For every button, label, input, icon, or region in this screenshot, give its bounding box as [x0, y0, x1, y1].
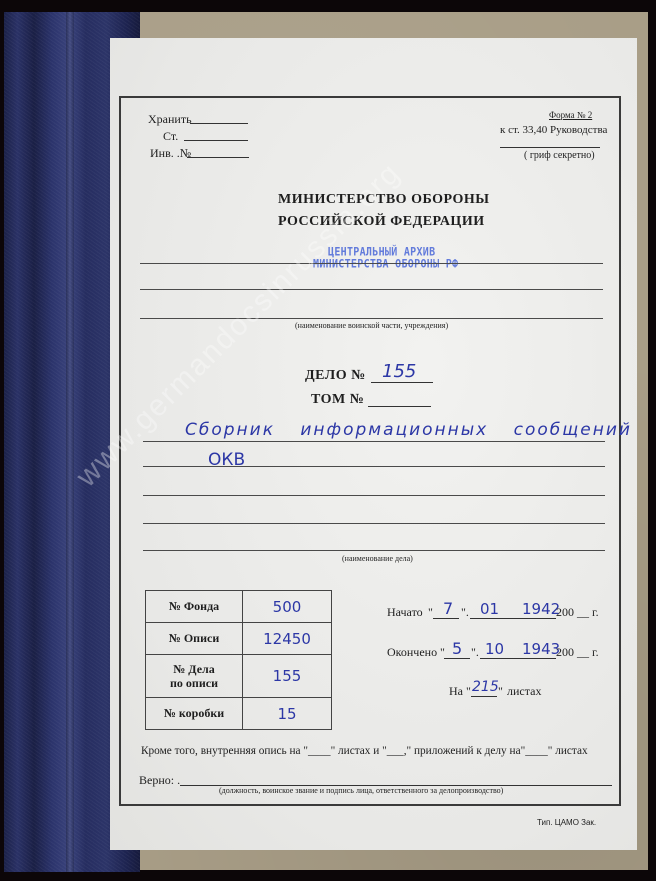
printer-imprint: Тип. ЦАМО Зак. [537, 818, 596, 827]
secrecy-caption: ( гриф секретно) [524, 150, 595, 161]
case-title-caption: (наименование дела) [342, 554, 413, 563]
box-label: № коробки [146, 698, 243, 730]
archive-index-table: № Фонда 500 № Описи 12450 № Дела по опис… [145, 590, 332, 730]
table-row: № Описи 12450 [146, 623, 332, 655]
sheets-field [471, 696, 497, 697]
opis-value: 12450 [243, 623, 332, 655]
certified-caption: (должность, воинское звание и подпись ли… [219, 786, 503, 795]
started-label: Начато [387, 605, 423, 620]
inv-label: Инв. .№ [150, 146, 191, 161]
case-title-rule-5 [143, 550, 605, 551]
tom-field [368, 406, 431, 407]
box-value: 15 [243, 698, 332, 730]
started-month: 01 [480, 600, 499, 618]
case-title-line2: ОКВ [208, 450, 245, 470]
sheets-prefix: На [449, 684, 463, 699]
fond-value: 500 [243, 591, 332, 623]
inventory-line: Кроме того, внутренняя опись на "____" л… [141, 745, 588, 757]
st-label: Ст. [163, 129, 178, 144]
started-date-field [470, 618, 556, 619]
ended-date-field [480, 658, 556, 659]
started-day-field [433, 618, 459, 619]
started-year: 1942 [522, 600, 560, 618]
sheets-value: 215 [472, 679, 499, 695]
tom-label: ТОМ № [311, 392, 364, 408]
ended-day-field [444, 658, 470, 659]
fond-label: № Фонда [146, 591, 243, 623]
certified-label: Верно: . [139, 773, 180, 788]
delo-po-opisi-label: № Дела по описи [146, 655, 243, 698]
delo-po-opisi-value: 155 [243, 655, 332, 698]
sheets-suffix: листах [507, 684, 541, 699]
unit-caption: (наименование воинской части, учреждения… [295, 321, 448, 330]
case-title-rule-4 [143, 523, 605, 524]
started-day: 7 [443, 599, 453, 618]
ended-printed-suffix: 200 __ г. [556, 645, 599, 660]
table-row: № Фонда 500 [146, 591, 332, 623]
table-row: № Дела по описи 155 [146, 655, 332, 698]
store-label: Хранить [148, 112, 192, 127]
st-field [184, 140, 248, 141]
unit-line-3 [140, 318, 603, 319]
case-title-rule-3 [143, 495, 605, 496]
opis-label: № Описи [146, 623, 243, 655]
unit-line-1 [140, 263, 603, 264]
secrecy-field [500, 147, 600, 148]
inv-field [187, 157, 249, 158]
case-title-line1: Сборник информационных сообщений [185, 420, 632, 440]
delo-field [371, 382, 433, 383]
ended-month: 10 [485, 640, 504, 658]
started-printed-suffix: 200 __ г. [556, 605, 599, 620]
unit-line-2 [140, 289, 603, 290]
ended-quote-close: ". [471, 645, 479, 660]
delo-po-opisi-label-line1: № Дела [146, 662, 242, 676]
sheets-quote-close: " [498, 684, 503, 699]
ended-day: 5 [452, 639, 462, 658]
ended-label: Окончено [387, 645, 437, 660]
archive-stamp-line1: ЦЕНТРАЛЬНЫЙ АРХИВ [328, 246, 435, 259]
started-quote-close: ". [461, 605, 469, 620]
ministry-title-line2: РОССИЙСКОЙ ФЕДЕРАЦИИ [278, 214, 485, 230]
delo-value: 155 [382, 361, 416, 382]
delo-po-opisi-label-line2: по описи [146, 676, 242, 690]
table-row: № коробки 15 [146, 698, 332, 730]
archive-stamp-line2: МИНИСТЕРСТВА ОБОРОНЫ РФ [313, 258, 458, 271]
delo-label: ДЕЛО № [305, 368, 366, 384]
case-title-rule-2 [143, 466, 605, 467]
regulation-reference: к ст. 33,40 Руководства [500, 124, 607, 136]
store-field [190, 123, 248, 124]
form-number: Форма № 2 [549, 110, 592, 120]
spine-fold [66, 12, 74, 872]
ended-year: 1943 [522, 640, 560, 658]
case-title-rule-1 [143, 441, 605, 442]
